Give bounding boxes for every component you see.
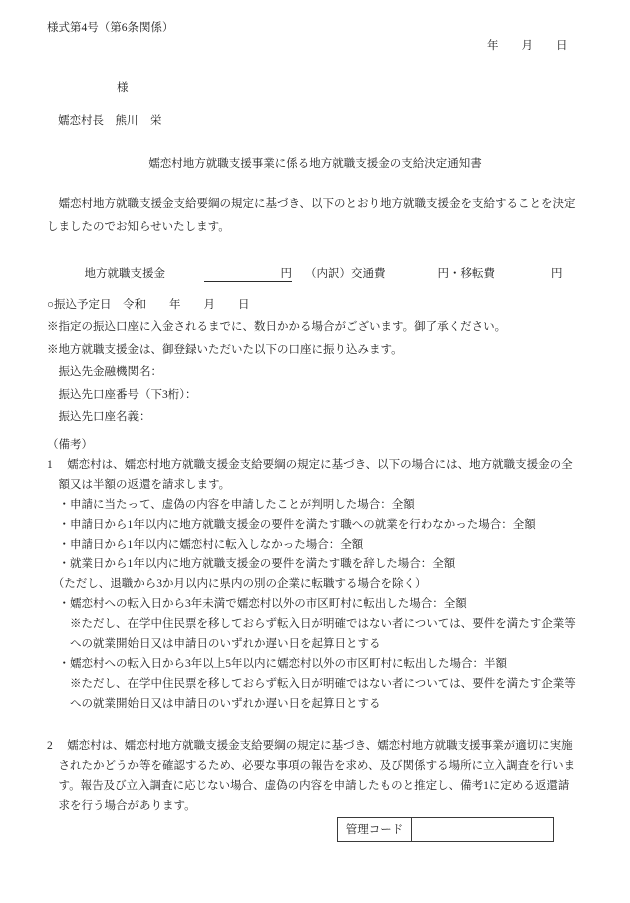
subsidy-amount-label: 地方就職支援金 xyxy=(85,268,166,280)
breakdown-transport-label: （内訳）交通費 xyxy=(305,268,386,280)
remark1-bullet-no-employment: ・申請日から1年以内に地方就職支援金の要件を満たす職への就業を行わなかった場合：… xyxy=(47,516,576,536)
remark2-line-1: 2 嬬恋村は、嬬恋村地方就職支援金支給要綱の規定に基づき、嬬恋村地方就職支援事業… xyxy=(47,736,575,756)
intro-paragraph: 嬬恋村地方就職支援金支給要綱の規定に基づき、以下のとおり地方就職支援金を支給する… xyxy=(47,193,576,239)
form-number: 様式第4号（第6条関係） xyxy=(47,19,174,35)
moving-unit-label: 円 xyxy=(551,268,563,280)
account-holder-label: 振込先口座名義： xyxy=(47,406,506,428)
remark1-quit-job-exception: （ただし、退職から3か月以内に県内の別の企業に転職する場合を除く） xyxy=(47,575,576,595)
notification-document-page: 様式第4号（第6条関係） 年 月 日 様 嬬恋村長 熊川 栄 嬬恋村地方就職支援… xyxy=(0,0,630,903)
remark1-moveout2-note-line1: ※ただし、在学中住民票を移しておらず転入日が明確ではない者については、要件を満た… xyxy=(47,675,576,695)
remark1-moveout-note-line2: への就業開始日又は申請日のいずれか遅い日を起算日とする xyxy=(47,635,576,655)
transfer-account-note: ※地方就職支援金は、御登録いただいた以下の口座に振り込みます。 xyxy=(47,339,506,361)
admin-code-label: 管理コード xyxy=(338,818,412,841)
remark1-moveout2-note-line2: への就業開始日又は申請日のいずれか遅い日を起算日とする xyxy=(47,695,576,715)
remark1-bullet-false-application: ・申請に当たって、虚偽の内容を申請したことが判明した場合：全額 xyxy=(47,496,576,516)
remark1-moveout-note-line1: ※ただし、在学中住民票を移しておらず転入日が明確ではない者については、要件を満た… xyxy=(47,615,576,635)
remark2-line-4: 求を行う場合があります。 xyxy=(47,796,575,816)
remark1-bullet-quit-job: ・就業日から1年以内に地方就職支援金の要件を満たす職を辞した場合：全額 xyxy=(47,555,576,575)
transfer-delay-note: ※指定の振込口座に入金されるまでに、数日かかる場合がございます。御了承ください。 xyxy=(47,316,506,338)
remark2-line-3: す。報告及び立入調査に応じない場合、虚偽の内容を申請したものと推定し、備考1に定… xyxy=(47,776,575,796)
sender-name: 嬬恋村長 熊川 栄 xyxy=(58,112,162,128)
transfer-schedule-line: ○振込予定日 令和 年 月 日 xyxy=(47,294,506,316)
remark1-bullet-moveout-under-3y: ・嬬恋村への転入日から3年未満で嬬恋村以外の市区町村に転出した場合：全額 xyxy=(47,595,576,615)
subsidy-amount-blank-field: 円 xyxy=(204,265,292,282)
transfer-info-block: ○振込予定日 令和 年 月 日 ※指定の振込口座に入金されるまでに、数日かかる場… xyxy=(47,294,506,428)
bank-name-label: 振込先金融機関名： xyxy=(47,361,506,383)
transport-unit-moving-label: 円・移転費 xyxy=(438,268,496,280)
subsidy-amount-line: 地方就職支援金円（内訳）交通費円・移転費円 xyxy=(47,253,563,294)
intro-line-2: しましたのでお知らせいたします。 xyxy=(47,216,576,239)
remark1-opening-continuation: 額又は半額の返還を請求します。 xyxy=(47,476,576,496)
remarks-heading: （備考） xyxy=(47,436,576,456)
remark1-bullet-moveout-3to5y: ・嬬恋村への転入日から3年以上5年以内に嬬恋村以外の市区町村に転出した場合：半額 xyxy=(47,655,576,675)
remark1-bullet-no-move-in: ・申請日から1年以内に嬬恋村に転入しなかった場合：全額 xyxy=(47,536,576,556)
issue-date-blank: 年 月 日 xyxy=(487,37,568,53)
intro-line-1: 嬬恋村地方就職支援金支給要綱の規定に基づき、以下のとおり地方就職支援金を支給する… xyxy=(47,193,576,216)
remarks-block: （備考） 1 嬬恋村は、嬬恋村地方就職支援金支給要綱の規定に基づき、以下の場合に… xyxy=(47,436,576,715)
admin-code-table: 管理コード xyxy=(337,817,554,842)
remark2-line-2: されたかどうか等を確認するため、必要な事項の報告を求め、及び関係する場所に立入調… xyxy=(47,756,575,776)
account-number-label: 振込先口座番号（下3桁）： xyxy=(47,384,506,406)
document-title: 嬬恋村地方就職支援事業に係る地方就職支援金の支給決定通知書 xyxy=(0,155,630,171)
remark2-block: 2 嬬恋村は、嬬恋村地方就職支援金支給要綱の規定に基づき、嬬恋村地方就職支援事業… xyxy=(47,736,575,816)
admin-code-value-blank xyxy=(412,818,553,841)
addressee-honorific: 様 xyxy=(117,79,129,95)
remark1-opening-line: 1 嬬恋村は、嬬恋村地方就職支援金支給要綱の規定に基づき、以下の場合には、地方就… xyxy=(47,456,576,476)
